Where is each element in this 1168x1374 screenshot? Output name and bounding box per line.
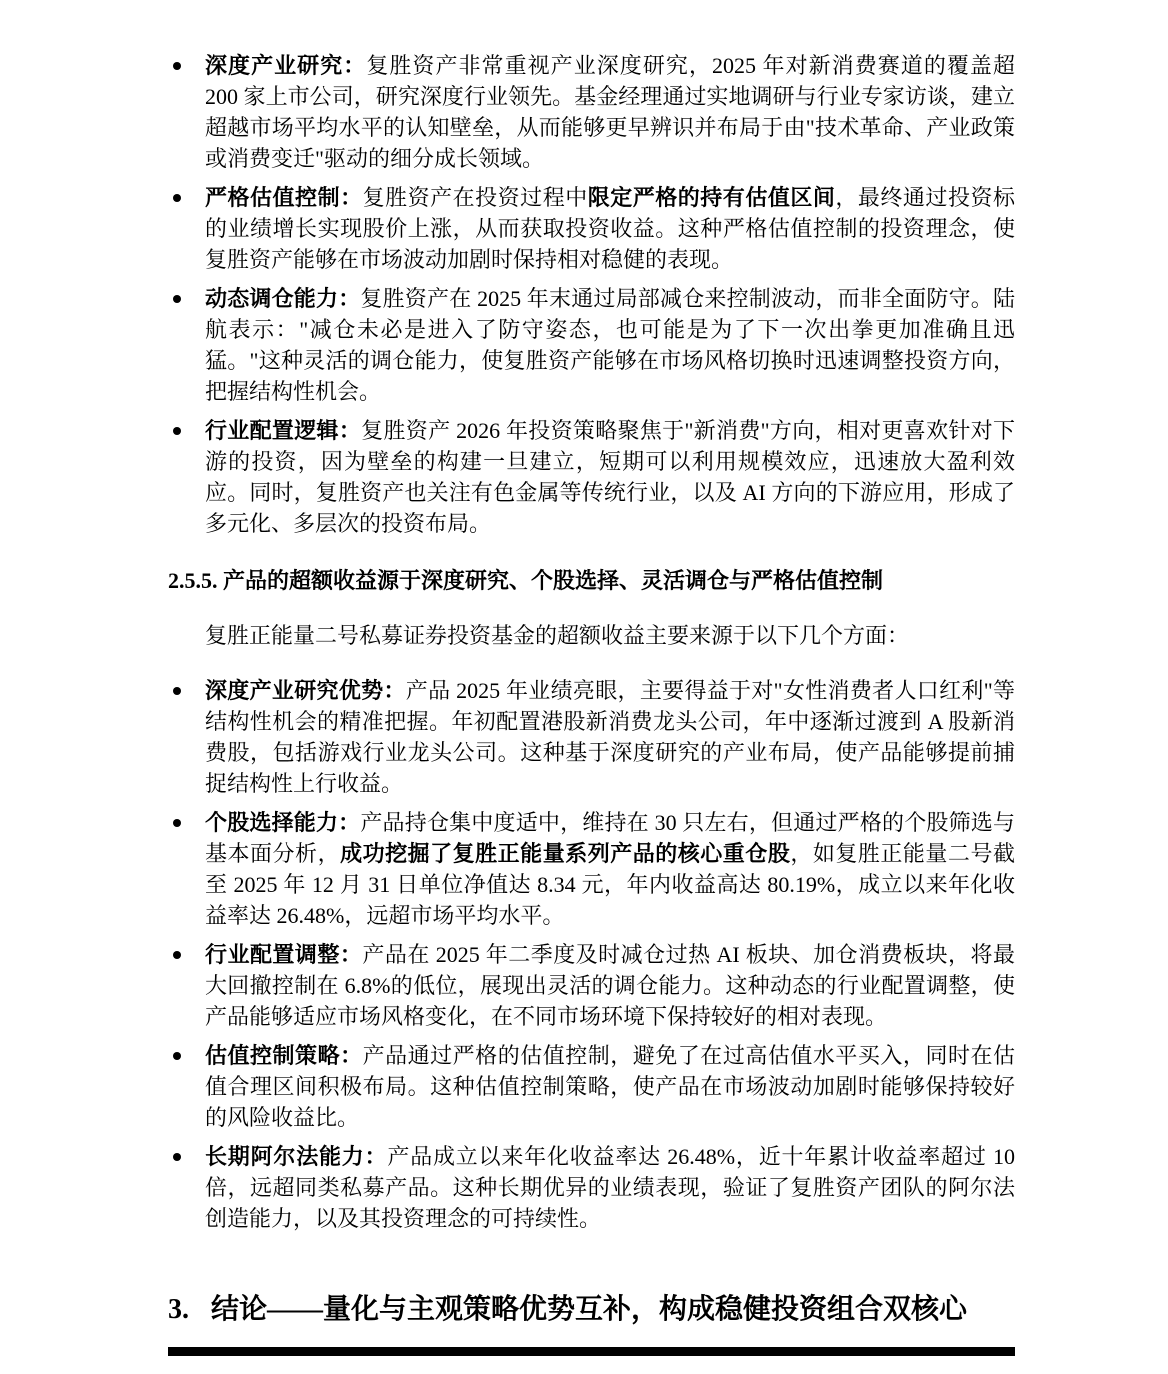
bullet-label: 个股选择能力： [205,810,360,835]
section-heading: 2.5.5. 产品的超额收益源于深度研究、个股选择、灵活调仓与严格估值控制 [168,565,1015,596]
bullet-label: 深度产业研究： [205,53,366,78]
conclusion-number: 3. [168,1290,189,1330]
bullet-dot-icon [173,951,181,959]
bullet-label: 估值控制策略： [205,1043,363,1068]
conclusion-title: 结论——量化与主观策略优势互补，构成稳健投资组合双核心 [211,1294,967,1325]
bullet-label: 动态调仓能力： [205,286,360,311]
bullet-label: 深度产业研究优势： [205,678,406,703]
bottom-bullet-list: 深度产业研究优势：产品 2025 年业绩亮眼，主要得益于对"女性消费者人口红利"… [168,675,1015,1234]
bullet-dot-icon [173,194,181,202]
bullet-item: 行业配置调整：产品在 2025 年二季度及时减仓过热 AI 板块、加仓消费板块，… [168,939,1015,1032]
bullet-item: 长期阿尔法能力：产品成立以来年化收益率达 26.48%，近十年累计收益率超过 1… [168,1141,1015,1234]
bottom-rule-divider [168,1347,1015,1356]
conclusion-heading: 3.结论——量化与主观策略优势互补，构成稳健投资组合双核心 [168,1290,1015,1330]
bullet-label: 严格估值控制： [205,185,363,210]
bullet-dot-icon [173,1153,181,1161]
bullet-item: 行业配置逻辑：复胜资产 2026 年投资策略聚焦于"新消费"方向，相对更喜欢针对… [168,415,1015,539]
bullet-item: 个股选择能力：产品持仓集中度适中，维持在 30 只左右，但通过严格的个股筛选与基… [168,807,1015,931]
bullet-dot-icon [173,427,181,435]
bullet-dot-icon [173,687,181,695]
bullet-item: 动态调仓能力：复胜资产在 2025 年末通过局部减仓来控制波动，而非全面防守。陆… [168,283,1015,407]
bullet-label: 长期阿尔法能力： [205,1144,387,1169]
bullet-label: 行业配置调整： [205,942,362,967]
bullet-dot-icon [173,819,181,827]
top-bullet-list: 深度产业研究：复胜资产非常重视产业深度研究，2025 年对新消费赛道的覆盖超 2… [168,50,1015,539]
bullet-dot-icon [173,62,181,70]
bullet-item: 估值控制策略：产品通过严格的估值控制，避免了在过高估值水平买入，同时在估值合理区… [168,1040,1015,1133]
bullet-dot-icon [173,295,181,303]
bullet-item: 严格估值控制：复胜资产在投资过程中限定严格的持有估值区间，最终通过投资标的业绩增… [168,182,1015,275]
bullet-label: 行业配置逻辑： [205,418,361,443]
intro-paragraph: 复胜正能量二号私募证券投资基金的超额收益主要来源于以下几个方面： [168,620,1015,651]
bullet-item: 深度产业研究：复胜资产非常重视产业深度研究，2025 年对新消费赛道的覆盖超 2… [168,50,1015,174]
document-page: 深度产业研究：复胜资产非常重视产业深度研究，2025 年对新消费赛道的覆盖超 2… [168,0,1015,1356]
bullet-item: 深度产业研究优势：产品 2025 年业绩亮眼，主要得益于对"女性消费者人口红利"… [168,675,1015,799]
bullet-dot-icon [173,1052,181,1060]
